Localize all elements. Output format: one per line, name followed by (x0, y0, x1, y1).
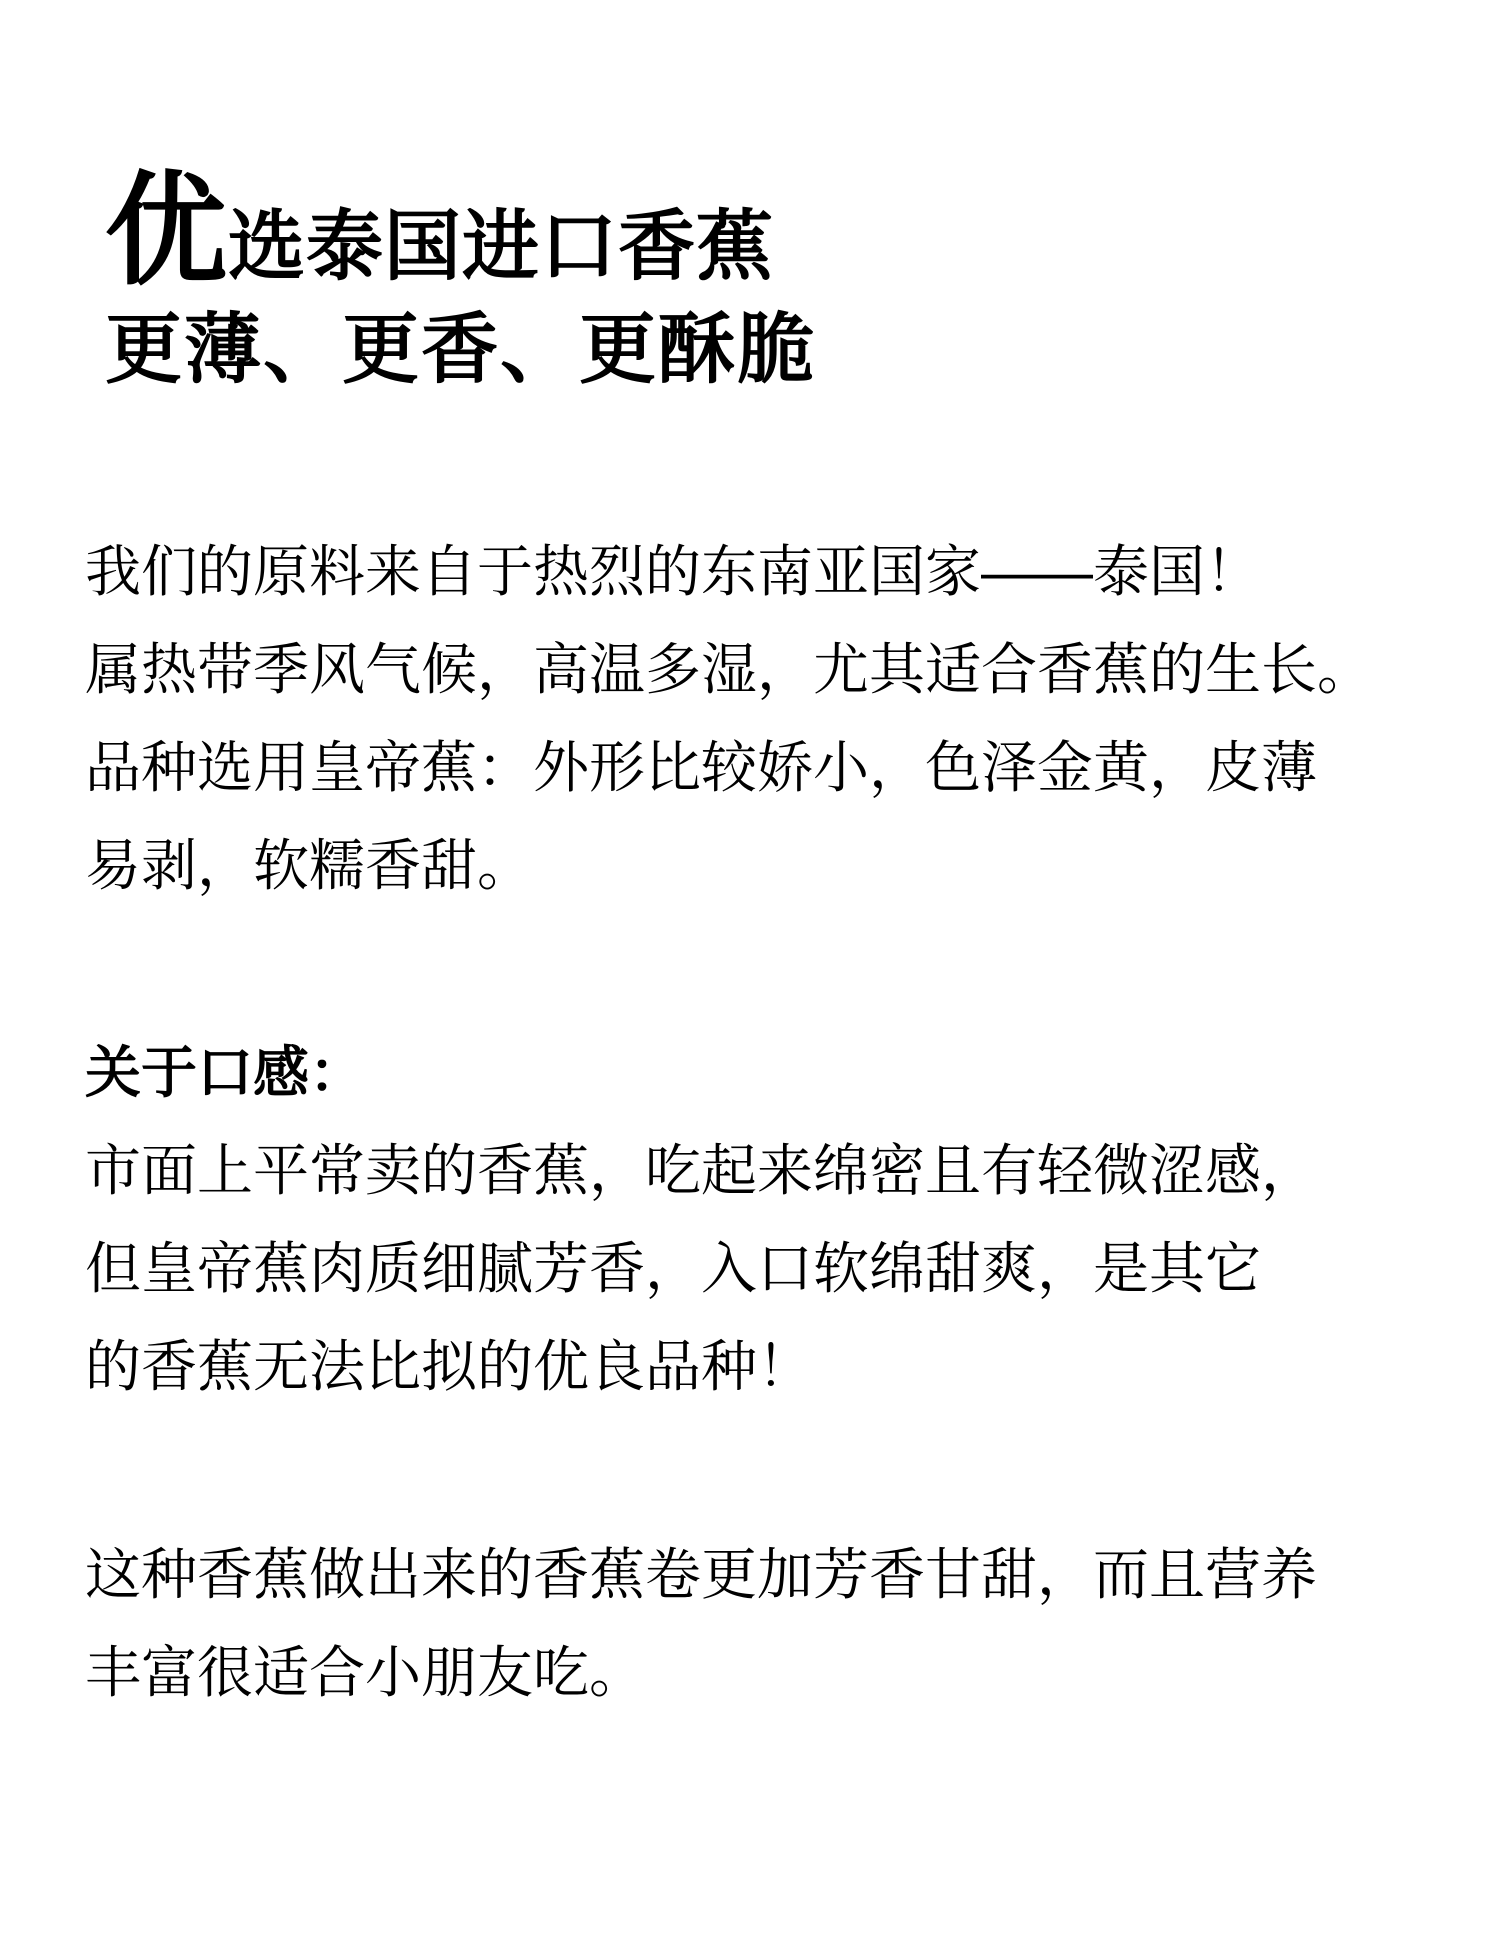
intro-line-3: 品种选用皇帝蕉：外形比较娇小，色泽金黄，皮薄 (85, 719, 1440, 817)
closing-line-1: 这种香蕉做出来的香蕉卷更加芳香甘甜，而且营养 (85, 1526, 1440, 1624)
taste-line-3: 的香蕉无法比拟的优良品种！ (85, 1318, 1440, 1416)
title-drop-cap: 优 (105, 170, 228, 292)
closing-paragraph: 这种香蕉做出来的香蕉卷更加芳香甘甜，而且营养 丰富很适合小朋友吃。 (85, 1526, 1440, 1722)
title-text: 选泰国进口香蕉 (228, 209, 774, 286)
closing-line-2: 丰富很适合小朋友吃。 (85, 1624, 1440, 1722)
taste-section: 关于口感： 市面上平常卖的香蕉，吃起来绵密且有轻微涩感， 但皇帝蕉肉质细腻芳香，… (85, 1024, 1440, 1416)
product-description-page: 优 选泰国进口香蕉 更薄、更香、更酥脆 我们的原料来自于热烈的东南亚国家——泰国… (0, 0, 1500, 1950)
taste-line-1: 市面上平常卖的香蕉，吃起来绵密且有轻微涩感， (85, 1122, 1440, 1220)
hero-header: 优 选泰国进口香蕉 更薄、更香、更酥脆 (105, 170, 1440, 393)
intro-paragraph: 我们的原料来自于热烈的东南亚国家——泰国！ 属热带季风气候，高温多湿，尤其适合香… (85, 523, 1440, 915)
intro-line-2: 属热带季风气候，高温多湿，尤其适合香蕉的生长。 (85, 621, 1440, 719)
taste-line-2: 但皇帝蕉肉质细腻芳香，入口软绵甜爽，是其它 (85, 1220, 1440, 1318)
intro-line-1: 我们的原料来自于热烈的东南亚国家——泰国！ (85, 523, 1440, 621)
page-title: 优 选泰国进口香蕉 (105, 170, 1440, 292)
page-subtitle: 更薄、更香、更酥脆 (105, 308, 1440, 393)
intro-line-4: 易剥，软糯香甜。 (85, 817, 1440, 915)
taste-heading: 关于口感： (85, 1024, 1440, 1122)
